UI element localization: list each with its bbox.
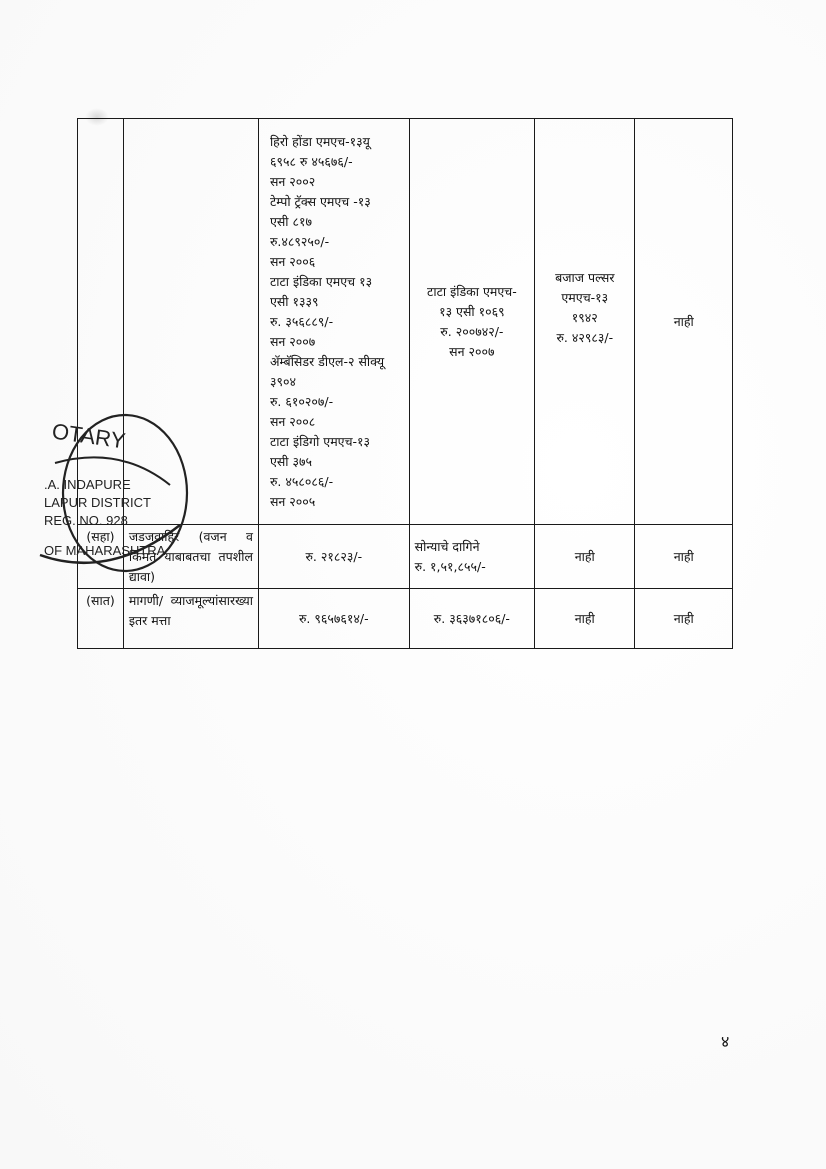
jewellery-dependent-cell: नाही bbox=[535, 525, 635, 589]
vehicle-line: १३ एसी १०६९ bbox=[415, 302, 529, 322]
vehicles-spouse-cell: टाटा इंडिका एमएच-१३ एसी १०६९रु. २००७४२/-… bbox=[409, 119, 534, 525]
table-row: (सात) मागणी/ व्याजमूल्यांसारख्या इतर मत्… bbox=[78, 589, 733, 649]
row-label: (सहा) bbox=[78, 525, 124, 589]
vehicle-line: टाटा इंडिका एमएच १३ bbox=[270, 272, 398, 292]
vehicle-line: टाटा इंडिगो एमएच-१३ bbox=[270, 432, 398, 452]
vehicle-line: रु. ६१०२०७/- bbox=[270, 392, 398, 412]
vehicle-line: रु. ४२९८३/- bbox=[540, 328, 629, 348]
other-assets-other-cell: नाही bbox=[635, 589, 733, 649]
other-assets-dependent-cell: नाही bbox=[535, 589, 635, 649]
jewellery-self-cell: रु. २१८२३/- bbox=[258, 525, 409, 589]
vehicle-line: ६९५८ रु ४५६७६/- bbox=[270, 152, 398, 172]
vehicle-line: सन २००६ bbox=[270, 252, 398, 272]
row-description bbox=[123, 119, 258, 525]
vehicle-line: एसी १३३९ bbox=[270, 292, 398, 312]
vehicle-line: बजाज पल्सर bbox=[540, 268, 629, 288]
vehicles-self-cell: हिरो होंडा एमएच-१३यू६९५८ रु ४५६७६/-सन २०… bbox=[258, 119, 409, 525]
jewellery-other-cell: नाही bbox=[635, 525, 733, 589]
vehicle-line: रु.४८९२५०/- bbox=[270, 232, 398, 252]
vehicle-line: सन २००७ bbox=[415, 342, 529, 362]
row-label bbox=[78, 119, 124, 525]
vehicle-line: सन २००२ bbox=[270, 172, 398, 192]
row-description: जडजवाहिर (वजन व किंमत याबाबतचा तपशील द्य… bbox=[123, 525, 258, 589]
vehicle-line: सन २००७ bbox=[270, 332, 398, 352]
jewellery-spouse-cell: सोन्याचे दागिनेरु. १,५१,८५५/- bbox=[409, 525, 534, 589]
assets-table: हिरो होंडा एमएच-१३यू६९५८ रु ४५६७६/-सन २०… bbox=[77, 118, 733, 649]
vehicle-line: टेम्पो ट्रॅक्स एमएच -१३ bbox=[270, 192, 398, 212]
vehicle-line: ३९०४ bbox=[270, 372, 398, 392]
vehicle-line: एमएच-१३ bbox=[540, 288, 629, 308]
vehicle-line: एसी ८१७ bbox=[270, 212, 398, 232]
vehicle-line: सन २००५ bbox=[270, 492, 398, 512]
vehicle-line: एसी ३७५ bbox=[270, 452, 398, 472]
vehicle-line: सन २००८ bbox=[270, 412, 398, 432]
vehicle-line: १९४२ bbox=[540, 308, 629, 328]
vehicle-line: हिरो होंडा एमएच-१३यू bbox=[270, 132, 398, 152]
vehicles-dependent-cell: बजाज पल्सरएमएच-१३१९४२रु. ४२९८३/- bbox=[535, 119, 635, 525]
vehicle-line: रु. ४५८०८६/- bbox=[270, 472, 398, 492]
document-page: हिरो होंडा एमएच-१३यू६९५८ रु ४५६७६/-सन २०… bbox=[0, 0, 826, 1169]
row-description: मागणी/ व्याजमूल्यांसारख्या इतर मत्ता bbox=[123, 589, 258, 649]
page-number: ४ bbox=[721, 1030, 729, 1052]
other-assets-spouse-cell: रु. ३६३७१८०६/- bbox=[409, 589, 534, 649]
table-row: (सहा) जडजवाहिर (वजन व किंमत याबाबतचा तपश… bbox=[78, 525, 733, 589]
vehicle-line: रु. ३५६८८९/- bbox=[270, 312, 398, 332]
vehicle-line: रु. २००७४२/- bbox=[415, 322, 529, 342]
vehicle-line: टाटा इंडिका एमएच- bbox=[415, 282, 529, 302]
vehicle-line: ॲम्बॅसिडर डीएल-२ सीक्यू bbox=[270, 352, 398, 372]
vehicles-other-cell: नाही bbox=[635, 119, 733, 525]
jewellery-line: सोन्याचे दागिने bbox=[415, 537, 529, 557]
table-row: हिरो होंडा एमएच-१३यू६९५८ रु ४५६७६/-सन २०… bbox=[78, 119, 733, 525]
other-assets-self-cell: रु. ९६५७६१४/- bbox=[258, 589, 409, 649]
jewellery-line: रु. १,५१,८५५/- bbox=[415, 557, 529, 577]
row-label: (सात) bbox=[78, 589, 124, 649]
